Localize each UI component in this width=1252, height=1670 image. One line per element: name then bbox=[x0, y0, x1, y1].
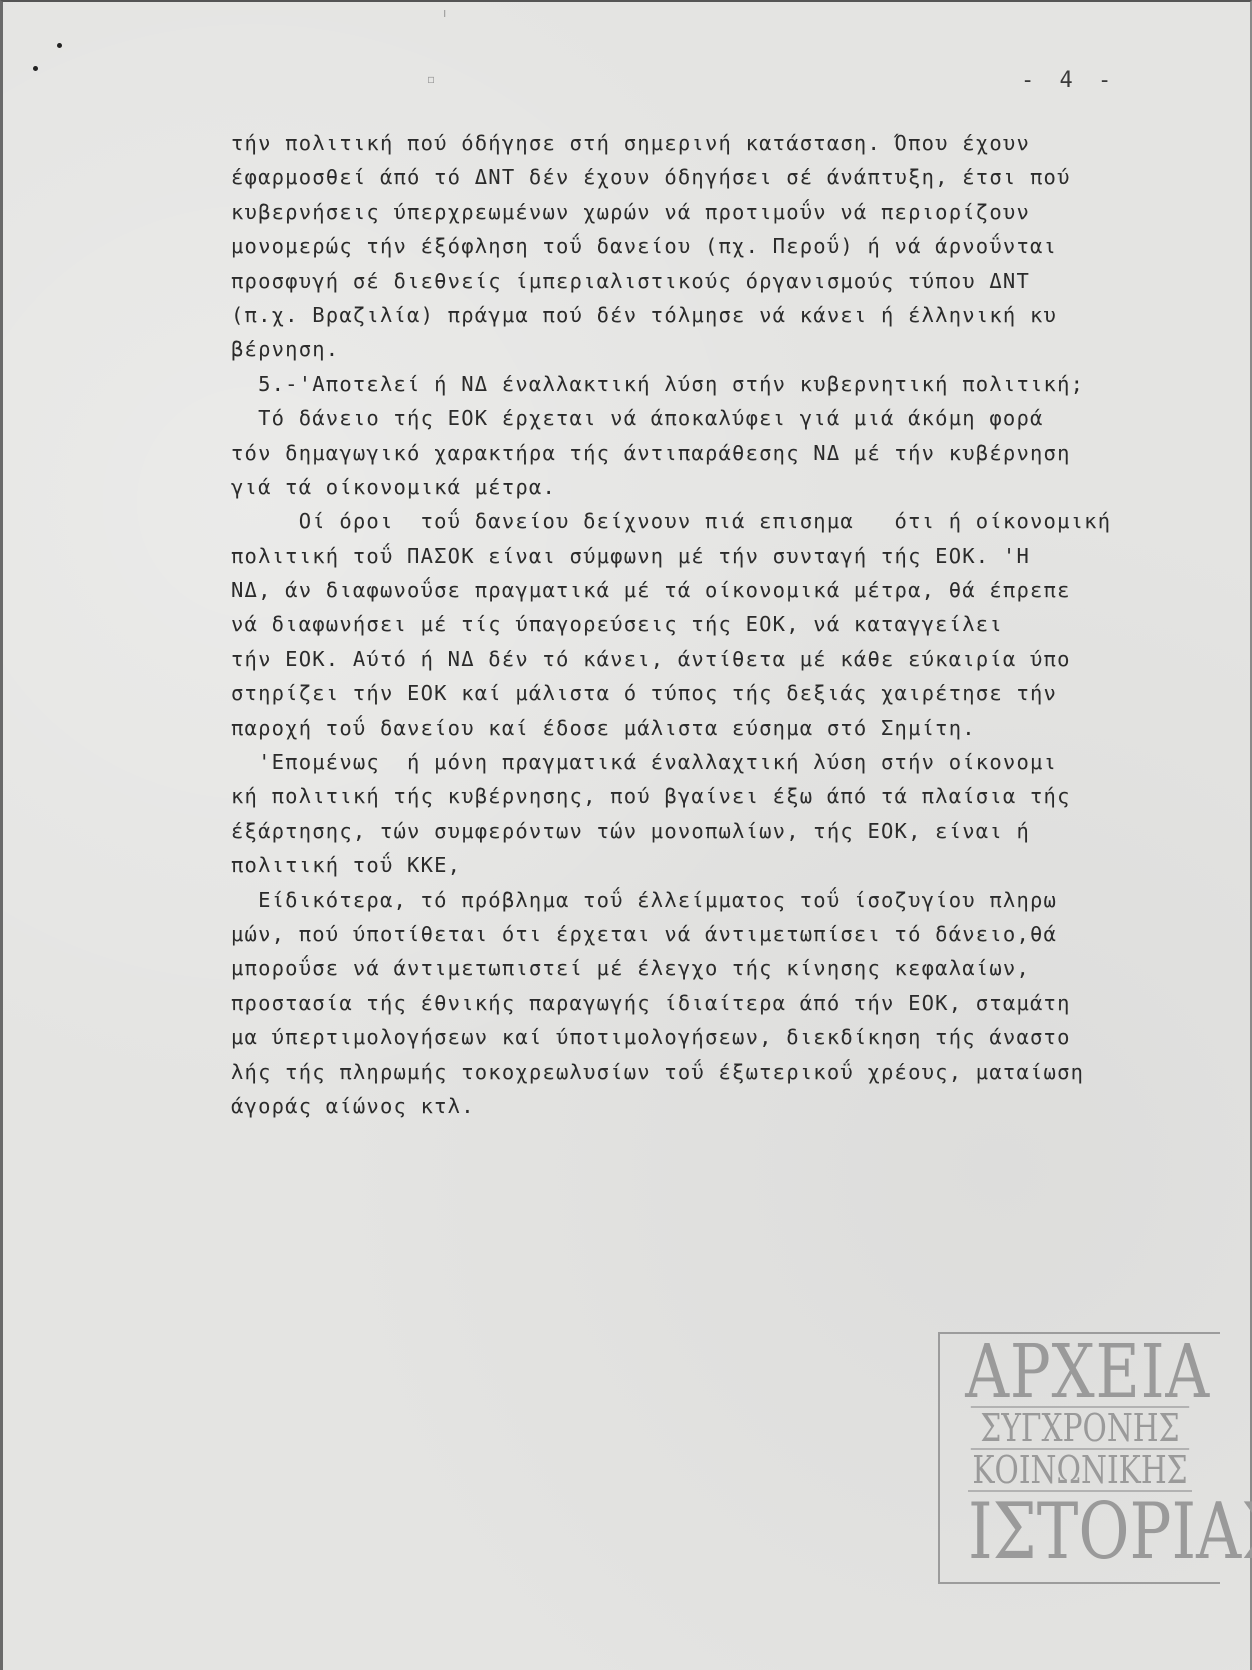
text-line: πολιτική τοΰ ΠΑΣΟΚ είναι σύμφωνη μέ τήν … bbox=[231, 539, 1191, 573]
stamp-line-archives: ΑΡΧΕΙΑ bbox=[965, 1338, 1195, 1406]
text-line: τήν πολιτική πού όδήγησε στή σημερινή κα… bbox=[231, 126, 1191, 160]
text-line: κή πολιτική τής κυβέρνησης, πού βγαίνει … bbox=[231, 779, 1191, 813]
text-line: Οί όροι τοΰ δανείου δείχνουν πιά επισημα… bbox=[231, 504, 1191, 538]
text-line: κυβερνήσεις ύπερχρεωμένων χωρών νά προτι… bbox=[231, 195, 1191, 229]
text-line: γιά τά οίκονομικά μέτρα. bbox=[231, 470, 1191, 504]
text-line: στηρίζει τήν ΕΟΚ καί μάλιστα ό τύπος τής… bbox=[231, 676, 1191, 710]
text-line: παροχή τοΰ δανείου καί έδοσε μάλιστα εύσ… bbox=[231, 711, 1191, 745]
text-line: μα ύπερτιμολογήσεων καί ύποτιμολογήσεων,… bbox=[231, 1020, 1191, 1054]
text-line: μονομερώς τήν έξόφληση τοΰ δανείου (πχ. … bbox=[231, 229, 1191, 263]
text-line: προσφυγή σέ διεθνείς ίμπεριαλιστικούς όρ… bbox=[231, 264, 1191, 298]
section-heading: 5.-'Αποτελεί ή ΝΔ έναλλακτική λύση στήν … bbox=[231, 367, 1191, 401]
margin-mark: ı bbox=[443, 6, 446, 20]
text-line: βέρνηση. bbox=[231, 332, 1191, 366]
text-line: (π.χ. Βραζιλία) πράγμα πού δέν τόλμησε ν… bbox=[231, 298, 1191, 332]
stamp-line-contemporary: ΣΥΓΧΡΟΝΗΣ bbox=[971, 1406, 1189, 1448]
text-line: ΝΔ, άν διαφωνοΰσε πραγματικά μέ τά οίκον… bbox=[231, 573, 1191, 607]
archive-stamp-watermark: ΑΡΧΕΙΑ ΣΥΓΧΡΟΝΗΣ ΚΟΙΝΩΝΙΚΗΣ ΙΣΤΟΡΙΑΣ bbox=[938, 1332, 1220, 1584]
text-line: πολιτική τοΰ ΚΚΕ, bbox=[231, 848, 1191, 882]
text-line: μών, πού ύποτίθεται ότι έρχεται νά άντιμ… bbox=[231, 917, 1191, 951]
text-line: έφαρμοσθεί άπό τό ΔΝΤ δέν έχουν όδηγήσει… bbox=[231, 160, 1191, 194]
ink-speck bbox=[33, 66, 38, 71]
text-line: λής τής πληρωμής τοκοχρεωλυσίων τοΰ έξωτ… bbox=[231, 1055, 1191, 1089]
stamp-line-social: ΚΟΙΝΩΝΙΚΗΣ bbox=[971, 1448, 1189, 1490]
text-line: 'Επομένως ή μόνη πραγματικά έναλλαχτική … bbox=[231, 745, 1191, 779]
text-line: τήν ΕΟΚ. Αύτό ή ΝΔ δέν τό κάνει, άντίθετ… bbox=[231, 642, 1191, 676]
text-line: Είδικότερα, τό πρόβλημα τοΰ έλλείμματος … bbox=[231, 883, 1191, 917]
text-line: έξάρτησης, τών συμφερόντων τών μονοπωλίω… bbox=[231, 814, 1191, 848]
body-text: τήν πολιτική πού όδήγησε στή σημερινή κα… bbox=[231, 126, 1191, 1123]
text-line: άγοράς αίώνος κτλ. bbox=[231, 1089, 1191, 1123]
ink-speck bbox=[57, 43, 62, 48]
text-line: προστασία τής έθνικής παραγωγής ίδιαίτερ… bbox=[231, 986, 1191, 1020]
stamp-line-history: ΙΣΤΟΡΙΑΣ bbox=[968, 1490, 1192, 1572]
text-line: νά διαφωνήσει μέ τίς ύπαγορεύσεις τής ΕΟ… bbox=[231, 607, 1191, 641]
text-line: τόν δημαγωγικό χαρακτήρα τής άντιπαράθεσ… bbox=[231, 436, 1191, 470]
page-number: - 4 - bbox=[1021, 68, 1117, 93]
margin-mark: ▫ bbox=[427, 72, 435, 86]
text-line: μποροΰσε νά άντιμετωπιστεί μέ έλεγχο τής… bbox=[231, 951, 1191, 985]
text-line: Τό δάνειο τής ΕΟΚ έρχεται νά άποκαλύφει … bbox=[231, 401, 1191, 435]
scanned-page: ı ▫ - 4 - τήν πολιτική πού όδήγησε στή σ… bbox=[0, 0, 1252, 1670]
